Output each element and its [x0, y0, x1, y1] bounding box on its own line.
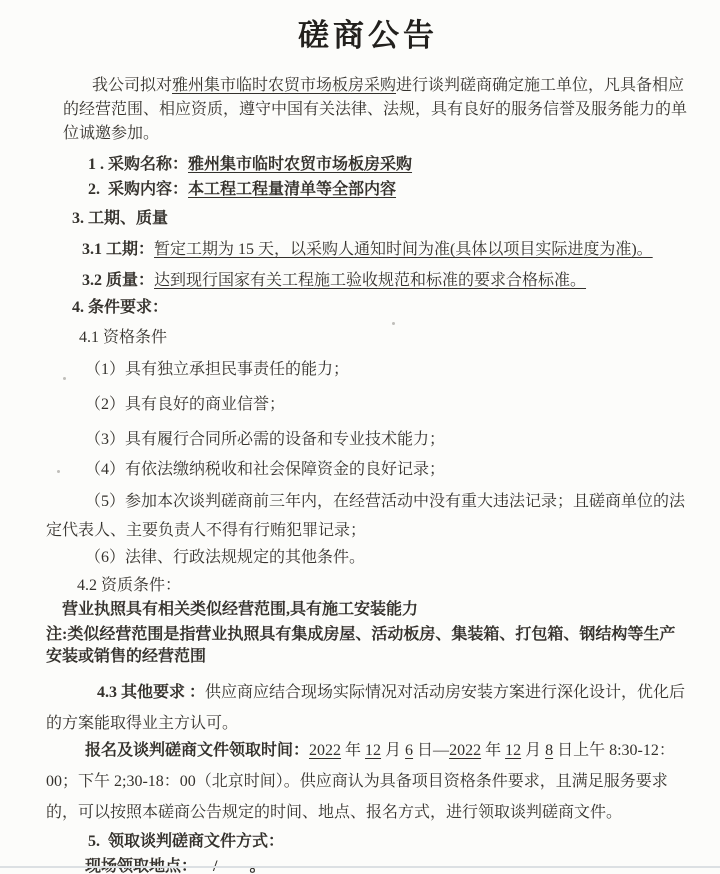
page-title: 磋商公告	[46, 14, 690, 58]
document-body: 我公司拟对雅州集市临时农贸市场板房采购进行谈判磋商确定施工单位，凡具备相应的经营…	[46, 74, 690, 874]
text-run: 注:类似经营范围是指营业执照具有集成房屋、活动板房、集装箱、打包箱、钢结构等生产…	[46, 626, 675, 665]
field-label: 1 . 采购名称：	[88, 156, 188, 173]
field-value: 达到现行国家有关工程施工验收规范和标准的要求合格标准。	[154, 272, 586, 289]
text-run: （3）具有履行合同所必需的设备和专业技术能力；	[85, 431, 445, 448]
text-run: （1）具有独立承担民事责任的能力；	[85, 361, 349, 378]
text-run: 2022	[449, 742, 481, 759]
field-value: 雅州集市临时农贸市场板房采购	[188, 156, 412, 173]
scanned-document-page: 磋商公告 我公司拟对雅州集市临时农贸市场板房采购进行谈判磋商确定施工单位，凡具备…	[0, 0, 720, 874]
text-run: 5. 领取谈判磋商文件方式：	[88, 833, 284, 850]
text-run: 年	[481, 742, 505, 759]
field-label: 3.1 工期：	[82, 241, 154, 258]
condition-6: （6）法律、行政法规规定的其他条件。	[46, 545, 690, 571]
item-procurement-content: 2. 采购内容：本工程工程量清单等全部内容	[88, 178, 690, 202]
registration-time-paragraph: 报名及谈判磋商文件领取时间：2022 年 12 月 6 日—2022 年 12 …	[46, 735, 690, 828]
text-run: 8	[545, 742, 553, 759]
text-run: （4）有依法缴纳税收和社会保障资金的良好记录；	[85, 461, 445, 478]
subheading-qualification: 4.1 资格条件	[79, 326, 690, 350]
credential-line: 营业执照具有相关类似经营范围,具有施工安装能力	[62, 598, 690, 622]
condition-2: （2）具有良好的商业信誉；	[46, 392, 690, 418]
text-run: （5）参加本次谈判磋商前三年内，在经营活动中没有重大违法记录；且磋商单位的法定代…	[46, 493, 685, 539]
text-run: 日—	[413, 742, 449, 759]
text-run: 年	[341, 742, 365, 759]
subheading-credential: 4.2 资质条件：	[77, 574, 690, 598]
text-run: 营业执照具有相关类似经营范围,具有施工安装能力	[62, 601, 418, 618]
scan-speck	[392, 322, 395, 325]
heading-duration-quality: 3. 工期、质量	[72, 207, 690, 231]
condition-1: （1）具有独立承担民事责任的能力；	[46, 357, 690, 383]
text-run: 月	[381, 742, 405, 759]
clause-quality: 3.2 质量：达到现行国家有关工程施工验收规范和标准的要求合格标准。	[82, 269, 690, 293]
text-run: 6	[405, 742, 413, 759]
condition-5: （5）参加本次谈判磋商前三年内，在经营活动中没有重大违法记录；且磋商单位的法定代…	[46, 487, 690, 545]
text-run: （2）具有良好的商业信誉；	[85, 396, 285, 413]
field-label: 报名及谈判磋商文件领取时间：	[85, 742, 309, 759]
clause-duration: 3.1 工期：暂定工期为 15 天，以采购人通知时间为准(具体以项目实际进度为准…	[82, 238, 690, 262]
scan-speck	[57, 470, 60, 473]
text-run: （6）法律、行政法规规定的其他条件。	[85, 549, 365, 566]
text-run: 我公司拟对	[92, 77, 172, 94]
text-run: 12	[365, 742, 381, 759]
text-run: 2022	[309, 742, 341, 759]
document: 磋商公告 我公司拟对雅州集市临时农贸市场板房采购进行谈判磋商确定施工单位，凡具备…	[0, 0, 720, 874]
text-run: 4.2 资质条件：	[77, 577, 181, 594]
text-run: 3. 工期、质量	[72, 210, 168, 227]
intro-paragraph: 我公司拟对雅州集市临时农贸市场板房采购进行谈判磋商确定施工单位，凡具备相应的经营…	[63, 74, 690, 146]
condition-4: （4）有依法缴纳税收和社会保障资金的良好记录；	[46, 457, 690, 483]
other-requirements: 4.3 其他要求 ：供应商应结合现场实际情况对活动房安装方案进行深化设计，优化后…	[46, 677, 690, 739]
project-name: 雅州集市临时农贸市场板房采购	[172, 77, 396, 94]
scan-speck	[63, 377, 66, 380]
field-label: 4.3 其他要求 ：	[97, 684, 205, 701]
heading-document-collection: 5. 领取谈判磋商文件方式：	[88, 830, 690, 854]
field-value: 本工程工程量清单等全部内容	[188, 181, 396, 198]
condition-3: （3）具有履行合同所必需的设备和专业技术能力；	[46, 427, 690, 453]
text-run: 12	[505, 742, 521, 759]
item-procurement-name: 1 . 采购名称：雅州集市临时农贸市场板房采购	[88, 153, 690, 177]
field-value: 暂定工期为 15 天，以采购人通知时间为准(具体以项目实际进度为准)。	[154, 241, 653, 258]
text-run: 4. 条件要求：	[72, 299, 168, 316]
field-label: 2. 采购内容：	[88, 181, 188, 198]
note-scope: 注:类似经营范围是指营业执照具有集成房屋、活动板房、集装箱、打包箱、钢结构等生产…	[46, 624, 690, 668]
scan-edge-line	[0, 866, 720, 868]
field-label: 3.2 质量：	[82, 272, 154, 289]
heading-requirements: 4. 条件要求：	[72, 296, 690, 320]
text-run: 4.1 资格条件	[79, 329, 167, 346]
text-run: 月	[521, 742, 545, 759]
